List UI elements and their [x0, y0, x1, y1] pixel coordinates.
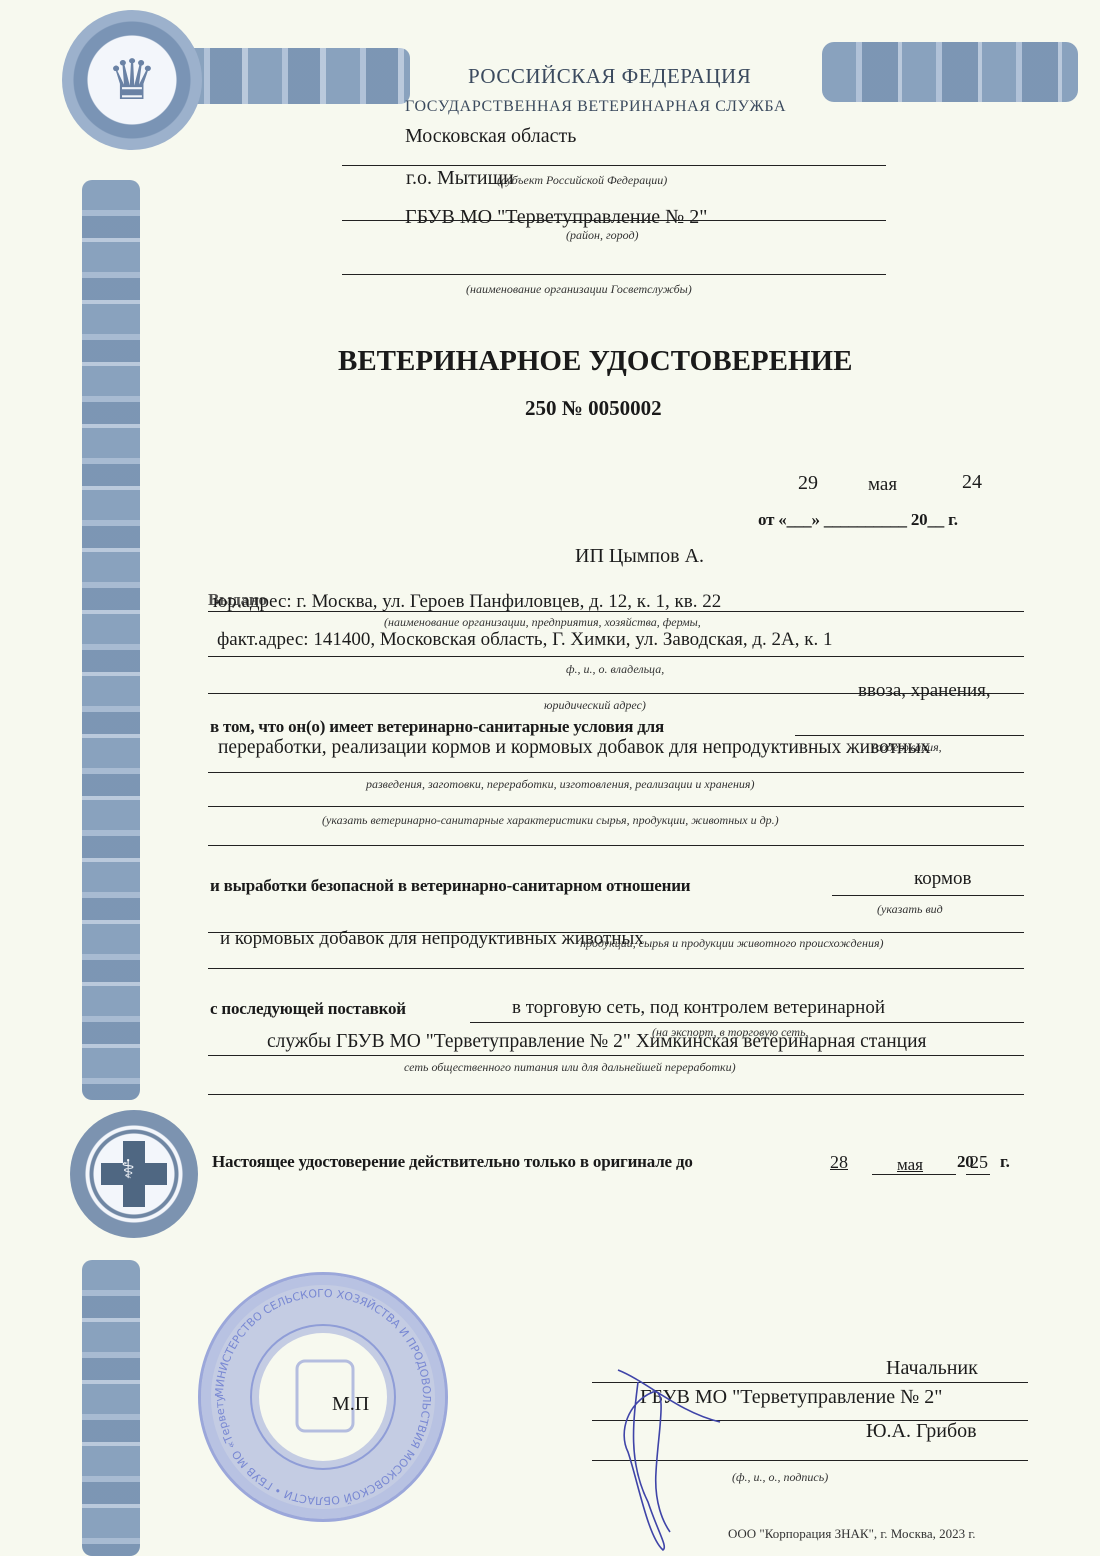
- district-line: [342, 220, 886, 221]
- coat-of-arms-icon: ♛: [62, 10, 202, 150]
- production-line-3: [208, 968, 1024, 969]
- issue-year: 24: [962, 471, 982, 494]
- region-hint: (субъект Российской Федерации): [497, 173, 667, 188]
- production-hint-1: (указать вид: [877, 902, 943, 917]
- legal-address: юр.адрес: г. Москва, ул. Героев Панфилов…: [213, 591, 721, 613]
- delivery-line-2: [208, 1055, 1024, 1056]
- delivery-value-2: службы ГБУВ МО "Терветуправление № 2" Хи…: [267, 1031, 926, 1053]
- production-value-1: кормов: [914, 868, 971, 890]
- district-hint: (район, город): [566, 228, 639, 243]
- validity-day: 28: [830, 1152, 848, 1173]
- svg-text:МИНИСТЕРСТВО СЕЛЬСКОГО ХОЗЯЙСТ: МИНИСТЕРСТВО СЕЛЬСКОГО ХОЗЯЙСТВА И ПРОДО…: [201, 1275, 433, 1507]
- issued-hint-1: (наименование организации, предприятия, …: [384, 615, 701, 630]
- ornamental-border-top-left: [170, 48, 410, 104]
- conditions-label: в том, что он(о) имеет ветеринарно-санит…: [210, 717, 664, 737]
- conditions-hint-c: (указать ветеринарно-санитарные характер…: [322, 813, 779, 828]
- header-country: РОССИЙСКАЯ ФЕДЕРАЦИЯ: [468, 64, 751, 89]
- conditions-value-2: переработки, реализации кормов и кормовы…: [218, 737, 930, 759]
- conditions-value-1: ввоза, хранения,: [858, 680, 991, 702]
- stamp-mp-label: М.П: [332, 1393, 369, 1416]
- delivery-value-1: в торговую сеть, под контролем ветеринар…: [512, 997, 885, 1019]
- issue-month: мая: [868, 474, 897, 496]
- signatory-name: Ю.А. Грибов: [866, 1420, 977, 1443]
- validity-year-line: [966, 1174, 990, 1175]
- issue-day: 29: [798, 472, 818, 495]
- owner-name: ИП Цымпов А.: [575, 545, 704, 568]
- actual-address: факт.адрес: 141400, Московская область, …: [217, 629, 832, 651]
- signatory-position: Начальник: [886, 1357, 978, 1380]
- actual-address-line: [208, 656, 1024, 657]
- delivery-label: с последующей поставкой: [210, 999, 406, 1019]
- ornamental-border-left-lower: [82, 1260, 140, 1556]
- conditions-hint-b: разведения, заготовки, переработки, изго…: [366, 777, 755, 792]
- region-line: [342, 165, 886, 166]
- issue-date-template: от «___» __________ 20__ г.: [758, 510, 958, 530]
- ornamental-border-top-right: [822, 42, 1078, 102]
- validity-suffix: г.: [1000, 1152, 1010, 1172]
- validity-month-line: [872, 1174, 956, 1175]
- delivery-line-3: [208, 1094, 1024, 1095]
- signatory-hint: (ф., и., о., подпись): [732, 1470, 828, 1485]
- validity-year: 25: [970, 1152, 988, 1173]
- production-hint-2: продукции, сырья и продукции животного п…: [580, 936, 884, 951]
- veterinary-cross-emblem-icon: ⚕: [70, 1110, 198, 1238]
- printer-credit: ООО "Корпорация ЗНАК", г. Москва, 2023 г…: [728, 1526, 976, 1542]
- org-hint: (наименование организации Госветслужбы): [466, 282, 692, 297]
- production-line-1: [832, 895, 1024, 896]
- conditions-line-2: [208, 772, 1024, 773]
- conditions-line-4: [208, 845, 1024, 846]
- ornamental-border-left: [82, 180, 140, 1100]
- header-service: ГОСУДАРСТВЕННАЯ ВЕТЕРИНАРНАЯ СЛУЖБА: [405, 98, 786, 116]
- stamp-ring-text: МИНИСТЕРСТВО СЕЛЬСКОГО ХОЗЯЙСТВА И ПРОДО…: [201, 1275, 433, 1507]
- validity-month: мая: [897, 1155, 923, 1175]
- official-stamp: МИНИСТЕРСТВО СЕЛЬСКОГО ХОЗЯЙСТВА И ПРОДО…: [198, 1272, 448, 1522]
- signature: [608, 1362, 728, 1552]
- validity-label: Настоящее удостоверение действительно то…: [212, 1152, 693, 1172]
- document-title: ВЕТЕРИНАРНОЕ УДОСТОВЕРЕНИЕ: [338, 345, 852, 378]
- conditions-line-3: [208, 806, 1024, 807]
- region-value: Московская область: [405, 125, 576, 148]
- issued-hint-3: юридический адрес): [544, 698, 646, 713]
- delivery-hint-2: сеть общественного питания или для дальн…: [404, 1060, 736, 1075]
- delivery-line-1: [470, 1022, 1024, 1023]
- org-value: ГБУВ МО "Терветуправление № 2": [405, 206, 707, 229]
- document-number: 250 № 0050002: [525, 396, 662, 421]
- issued-hint-2: ф., и., о. владельца,: [566, 662, 664, 677]
- org-line: [342, 274, 886, 275]
- production-label: и выработки безопасной в ветеринарно-сан…: [210, 876, 690, 896]
- conditions-line-1: [795, 735, 1024, 736]
- legal-address-line: [208, 611, 1024, 612]
